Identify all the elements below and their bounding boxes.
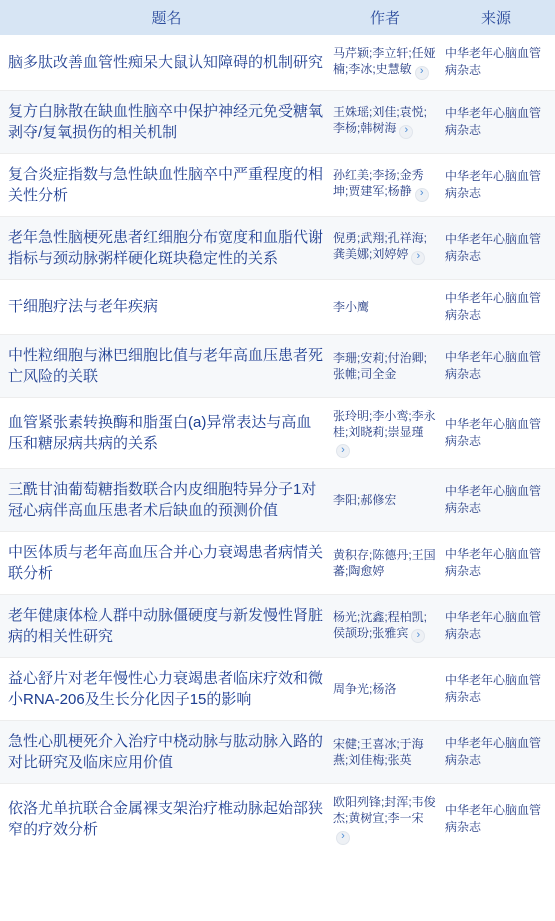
article-authors-text: 周争光;杨洛 [333, 682, 396, 696]
article-authors-text: 张玲明;李小鸾;李永桂;刘晓莉;崇显瑾 [333, 409, 436, 439]
article-authors: 李小鹰 [333, 299, 437, 315]
article-title[interactable]: 老年急性脑梗死患者红细胞分布宽度和血脂代谢指标与颈动脉粥样硬化斑块稳定性的关系 [8, 227, 325, 269]
article-authors: 马芹颖;李立轩;任娅楠;李冰;史慧敏› [333, 45, 437, 80]
article-source: 中华老年心脑血管病杂志 [445, 672, 547, 706]
article-title[interactable]: 中医体质与老年高血压合并心力衰竭患者病情关联分析 [8, 542, 325, 584]
table-row[interactable]: 老年急性脑梗死患者红细胞分布宽度和血脂代谢指标与颈动脉粥样硬化斑块稳定性的关系 … [0, 216, 555, 279]
table-row[interactable]: 脑多肽改善血管性痴呆大鼠认知障碍的机制研究 马芹颖;李立轩;任娅楠;李冰;史慧敏… [0, 35, 555, 90]
table-row[interactable]: 三酰甘油葡萄糖指数联合内皮细胞特异分子1对冠心病伴高血压患者术后缺血的预测价值 … [0, 468, 555, 531]
article-source: 中华老年心脑血管病杂志 [445, 105, 547, 139]
table-row[interactable]: 中医体质与老年高血压合并心力衰竭患者病情关联分析 黄积存;陈德丹;王国蕃;陶愈婷… [0, 531, 555, 594]
article-authors: 欧阳列锋;封浑;韦俊杰;黄树宣;李一宋› [333, 794, 437, 845]
chevron-right-icon[interactable]: › [336, 444, 350, 458]
article-authors-text: 李珊;安莉;付治卿;张帷;司全金 [333, 351, 427, 381]
article-source: 中华老年心脑血管病杂志 [445, 168, 547, 202]
table-row[interactable]: 老年健康体检人群中动脉僵硬度与新发慢性肾脏病的相关性研究 杨光;沈鑫;程柏凯;侯… [0, 594, 555, 657]
chevron-right-icon[interactable]: › [415, 66, 429, 80]
article-authors: 王姝瑶;刘佳;袁悦;李杨;韩树海› [333, 104, 437, 139]
chevron-right-icon[interactable]: › [411, 629, 425, 643]
table-row[interactable]: 急性心肌梗死介入治疗中桡动脉与肱动脉入路的对比研究及临床应用价值 宋健;王喜冰;… [0, 720, 555, 783]
column-header-title: 题名 [8, 7, 325, 28]
article-title[interactable]: 干细胞疗法与老年疾病 [8, 296, 325, 317]
article-title[interactable]: 血管紧张素转换酶和脂蛋白(a)异常表达与高血压和糖尿病共病的关系 [8, 412, 325, 454]
article-source: 中华老年心脑血管病杂志 [445, 735, 547, 769]
chevron-right-icon[interactable]: › [399, 125, 413, 139]
article-authors: 李阳;郝修宏 [333, 492, 437, 508]
article-title[interactable]: 老年健康体检人群中动脉僵硬度与新发慢性肾脏病的相关性研究 [8, 605, 325, 647]
article-authors-text: 欧阳列锋;封浑;韦俊杰;黄树宣;李一宋 [333, 795, 436, 825]
article-authors: 杨光;沈鑫;程柏凯;侯颉玢;张雅宾› [333, 609, 437, 644]
table-row[interactable]: 依洛尤单抗联合金属裸支架治疗椎动脉起始部狭窄的疗效分析 欧阳列锋;封浑;韦俊杰;… [0, 783, 555, 855]
article-title[interactable]: 急性心肌梗死介入治疗中桡动脉与肱动脉入路的对比研究及临床应用价值 [8, 731, 325, 773]
article-authors-text: 黄积存;陈德丹;王国蕃;陶愈婷 [333, 548, 436, 578]
table-row[interactable]: 复方白脉散在缺血性脑卒中保护神经元免受糖氧剥夺/复氧损伤的相关机制 王姝瑶;刘佳… [0, 90, 555, 153]
article-title[interactable]: 益心舒片对老年慢性心力衰竭患者临床疗效和微小RNA-206及生长分化因子15的影… [8, 668, 325, 710]
article-source: 中华老年心脑血管病杂志 [445, 290, 547, 324]
article-authors-text: 李阳;郝修宏 [333, 493, 396, 507]
article-authors: 周争光;杨洛 [333, 681, 437, 697]
table-header: 题名 作者 来源 [0, 0, 555, 35]
article-source: 中华老年心脑血管病杂志 [445, 802, 547, 836]
article-source: 中华老年心脑血管病杂志 [445, 546, 547, 580]
column-header-authors: 作者 [333, 7, 437, 28]
article-authors-text: 孙红美;李扬;金秀坤;贾建军;杨静 [333, 168, 424, 198]
article-authors: 黄积存;陈德丹;王国蕃;陶愈婷 [333, 547, 437, 579]
chevron-right-icon[interactable]: › [336, 831, 350, 845]
article-authors: 倪勇;武翔;孔祥海;龚美娜;刘婷婷› [333, 230, 437, 265]
article-authors: 张玲明;李小鸾;李永桂;刘晓莉;崇显瑾› [333, 408, 437, 459]
article-authors: 李珊;安莉;付治卿;张帷;司全金 [333, 350, 437, 382]
article-title[interactable]: 复方白脉散在缺血性脑卒中保护神经元免受糖氧剥夺/复氧损伤的相关机制 [8, 101, 325, 143]
article-source: 中华老年心脑血管病杂志 [445, 416, 547, 450]
article-source: 中华老年心脑血管病杂志 [445, 483, 547, 517]
article-title[interactable]: 三酰甘油葡萄糖指数联合内皮细胞特异分子1对冠心病伴高血压患者术后缺血的预测价值 [8, 479, 325, 521]
article-authors-text: 李小鹰 [333, 300, 369, 314]
article-source: 中华老年心脑血管病杂志 [445, 45, 547, 79]
chevron-right-icon[interactable]: › [411, 251, 425, 265]
article-title[interactable]: 中性粒细胞与淋巴细胞比值与老年高血压患者死亡风险的关联 [8, 345, 325, 387]
article-table-body: 脑多肽改善血管性痴呆大鼠认知障碍的机制研究 马芹颖;李立轩;任娅楠;李冰;史慧敏… [0, 35, 555, 855]
article-title[interactable]: 依洛尤单抗联合金属裸支架治疗椎动脉起始部狭窄的疗效分析 [8, 798, 325, 840]
table-row[interactable]: 益心舒片对老年慢性心力衰竭患者临床疗效和微小RNA-206及生长分化因子15的影… [0, 657, 555, 720]
table-row[interactable]: 复合炎症指数与急性缺血性脑卒中严重程度的相关性分析 孙红美;李扬;金秀坤;贾建军… [0, 153, 555, 216]
chevron-right-icon[interactable]: › [415, 188, 429, 202]
article-results-table: 题名 作者 来源 脑多肽改善血管性痴呆大鼠认知障碍的机制研究 马芹颖;李立轩;任… [0, 0, 555, 855]
article-authors-text: 宋健;王喜冰;于海燕;刘佳梅;张英 [333, 737, 424, 767]
table-row[interactable]: 血管紧张素转换酶和脂蛋白(a)异常表达与高血压和糖尿病共病的关系 张玲明;李小鸾… [0, 397, 555, 469]
table-row[interactable]: 中性粒细胞与淋巴细胞比值与老年高血压患者死亡风险的关联 李珊;安莉;付治卿;张帷… [0, 334, 555, 397]
article-title[interactable]: 复合炎症指数与急性缺血性脑卒中严重程度的相关性分析 [8, 164, 325, 206]
column-header-source: 来源 [445, 7, 547, 28]
article-authors: 宋健;王喜冰;于海燕;刘佳梅;张英 [333, 736, 437, 768]
article-source: 中华老年心脑血管病杂志 [445, 231, 547, 265]
article-authors: 孙红美;李扬;金秀坤;贾建军;杨静› [333, 167, 437, 202]
article-source: 中华老年心脑血管病杂志 [445, 349, 547, 383]
article-source: 中华老年心脑血管病杂志 [445, 609, 547, 643]
table-row[interactable]: 干细胞疗法与老年疾病 李小鹰 中华老年心脑血管病杂志 [0, 279, 555, 334]
article-title[interactable]: 脑多肽改善血管性痴呆大鼠认知障碍的机制研究 [8, 52, 325, 73]
